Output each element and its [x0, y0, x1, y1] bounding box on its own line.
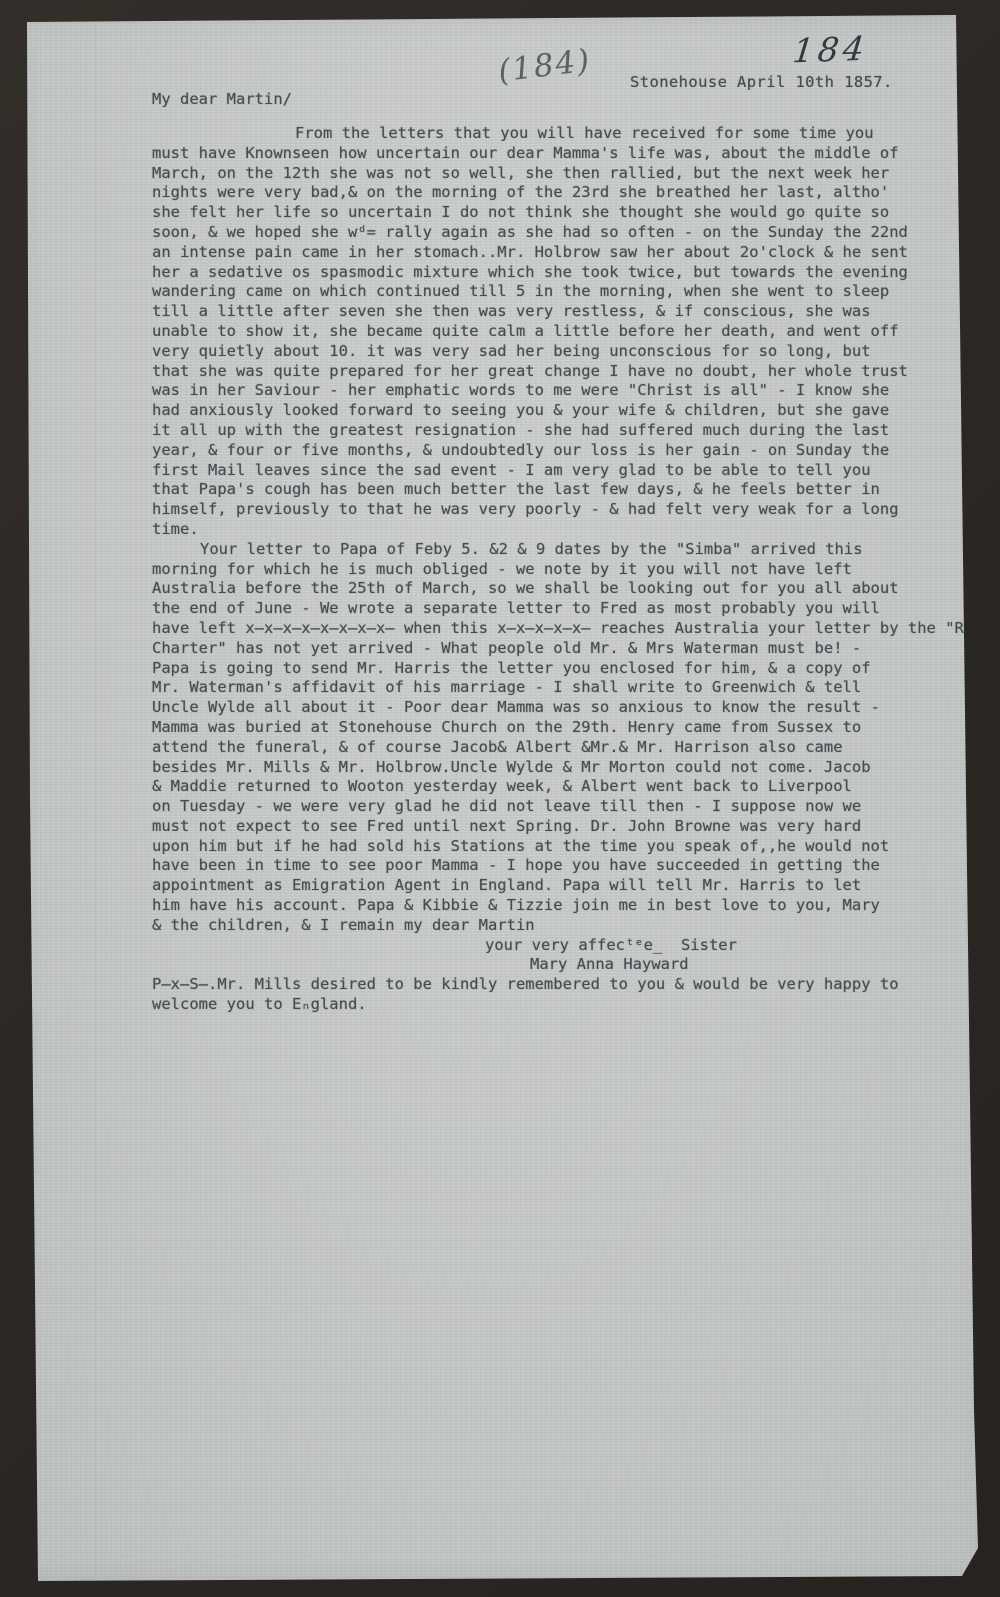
letter-line: P̶x̶S̶.Mr. Mills desired to be kindly re… [152, 975, 952, 995]
letter-line: Papa is going to send Mr. Harris the let… [152, 659, 952, 679]
letter-line: was in her Saviour - her emphatic words … [152, 381, 952, 401]
letter-line: & Maddie returned to Wooton yesterday we… [152, 777, 952, 797]
letter-line: Mr. Waterman's affidavit of his marriage… [152, 678, 952, 698]
salutation: My dear Martin/ [152, 90, 292, 108]
handwritten-page-number-parenthesized: (184) [496, 42, 593, 89]
letter-line: she felt her life so uncertain I do not … [152, 203, 952, 223]
scanned-letter-screenshot: { "annotations": { "page_number_ink": "1… [0, 0, 1000, 1597]
letter-line: it all up with the greatest resignation … [152, 421, 952, 441]
letter-line: time. [152, 520, 952, 540]
letter-line: Charter" has not yet arrived - What peop… [152, 639, 952, 659]
letter-line: very quietly about 10. it was very sad h… [152, 342, 952, 362]
letter-line: first Mail leaves since the sad event - … [152, 461, 952, 481]
letter-line: attend the funeral, & of course Jacob& A… [152, 738, 952, 758]
letter-line: have left x̶x̶x̶x̶x̶x̶x̶x̶ when this x̶x… [152, 619, 952, 639]
letter-line: on Tuesday - we were very glad he did no… [152, 797, 952, 817]
letter-body: From the letters that you will have rece… [152, 124, 952, 1015]
vertical-fold-crease [92, 22, 95, 1578]
letter-line: welcome you to Eₙgland. [152, 995, 952, 1015]
letter-line: appointment as Emigration Agent in Engla… [152, 876, 952, 896]
horizontal-fold-crease [30, 1303, 974, 1306]
letter-line: must have Knownseen how uncertain our de… [152, 144, 952, 164]
letter-line: himself, previously to that he was very … [152, 500, 952, 520]
letter-line: have been in time to see poor Mamma - I … [152, 856, 952, 876]
letter-line: From the letters that you will have rece… [152, 124, 952, 144]
letter-line: your very affecᵗᵉe̲ Sister [152, 936, 952, 956]
letter-line: till a little after seven she then was v… [152, 302, 952, 322]
letter-line: Mary Anna Hayward [152, 955, 952, 975]
letter-line: him have his account. Papa & Kibbie & Ti… [152, 896, 952, 916]
letter-line: must not expect to see Fred until next S… [152, 817, 952, 837]
letter-line: had anxiously looked forward to seeing y… [152, 401, 952, 421]
letter-line: wandering came on which continued till 5… [152, 282, 952, 302]
letter-line: Your letter to Papa of Feby 5. &2 & 9 da… [152, 540, 952, 560]
letter-line: March, on the 12th she was not so well, … [152, 164, 952, 184]
letter-line: besides Mr. Mills & Mr. Holbrow.Uncle Wy… [152, 758, 952, 778]
letter-line: soon, & we hoped she wᵈ= rally again as … [152, 223, 952, 243]
letter-line: nights were very bad,& on the morning of… [152, 183, 952, 203]
letter-line: & the children, & I remain my dear Marti… [152, 916, 952, 936]
handwritten-page-number: 184 [791, 29, 870, 71]
letter-line: her a sedative os spasmodic mixture whic… [152, 263, 952, 283]
dateline: Stonehouse April 10th 1857. [630, 73, 893, 91]
letter-line: upon him but if he had sold his Stations… [152, 837, 952, 857]
letter-line: an intense pain came in her stomach..Mr.… [152, 243, 952, 263]
letter-page: 184 (184) Stonehouse April 10th 1857. My… [0, 0, 1000, 1597]
letter-line: Mamma was buried at Stonehouse Church on… [152, 718, 952, 738]
letter-line: that Papa's cough has been much better t… [152, 480, 952, 500]
letter-line: the end of June - We wrote a separate le… [152, 599, 952, 619]
letter-line: Australia before the 25th of March, so w… [152, 579, 952, 599]
letter-line: that she was quite prepared for her grea… [152, 362, 952, 382]
letter-line: unable to show it, she became quite calm… [152, 322, 952, 342]
letter-line: morning for which he is much obliged - w… [152, 560, 952, 580]
letter-line: Uncle Wylde all about it - Poor dear Mam… [152, 698, 952, 718]
letter-line: year, & four or five months, & undoubted… [152, 441, 952, 461]
